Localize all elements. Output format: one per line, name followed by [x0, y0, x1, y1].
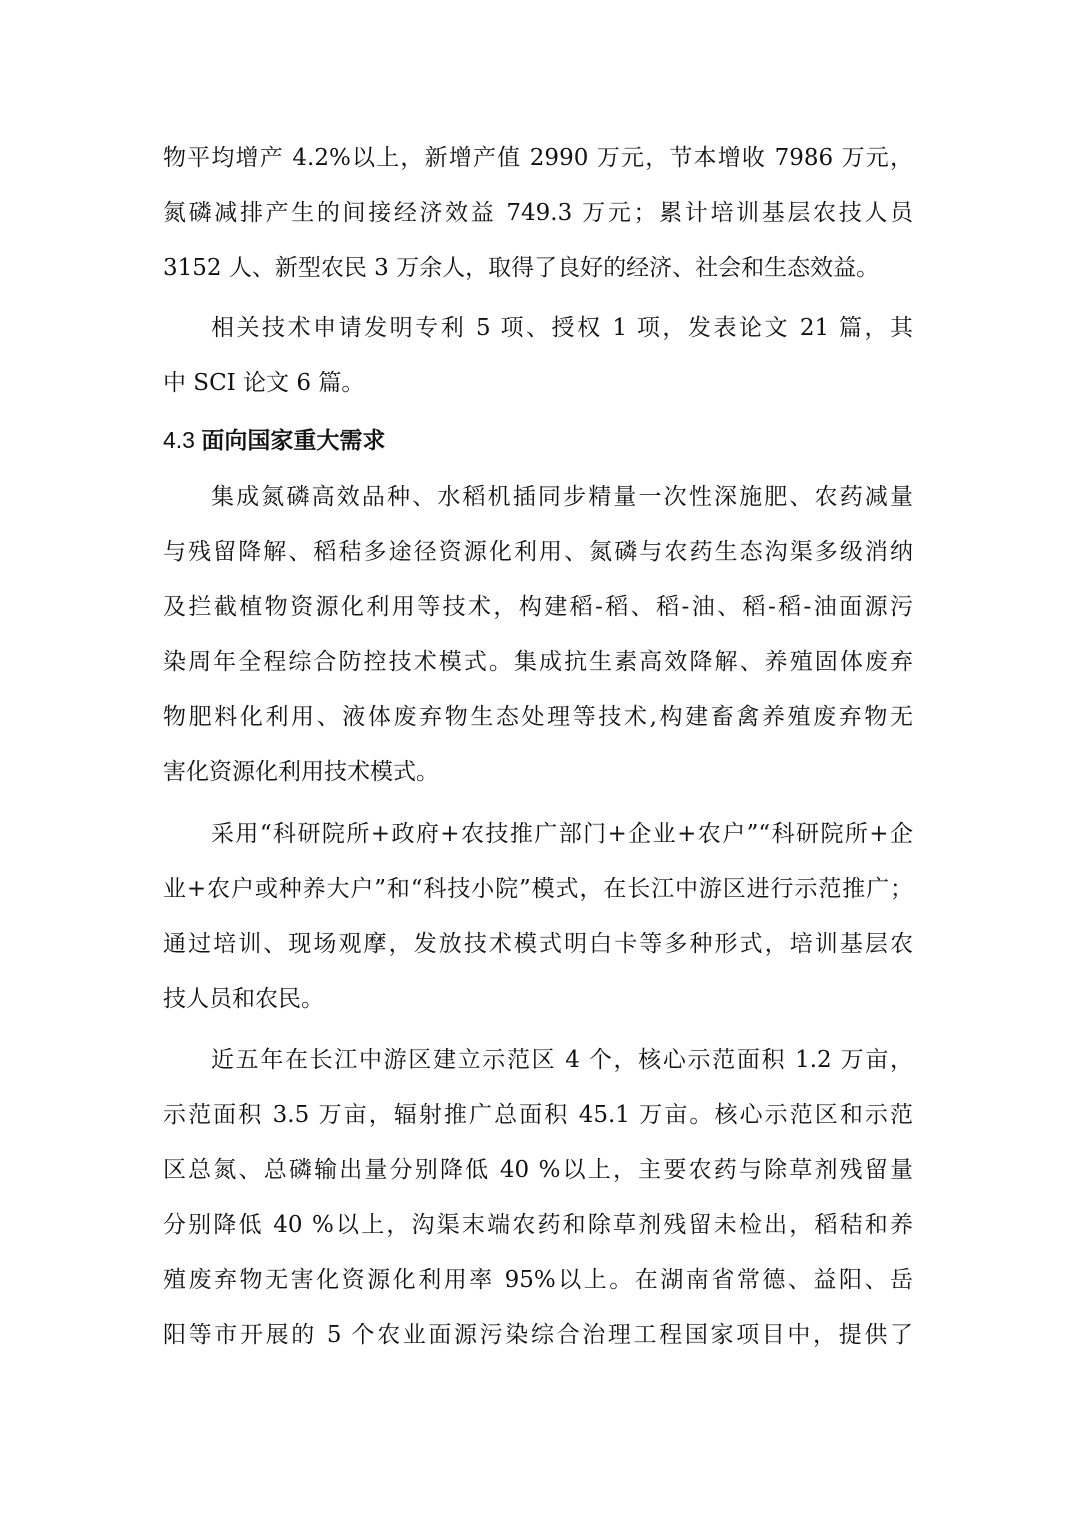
paragraph-line: 氮磷减排产生的间接经济效益 749.3 万元；累计培训基层农技人员	[163, 198, 913, 228]
paragraph-line: 害化资源化利用技术模式。	[163, 757, 913, 787]
paragraph-line: 相关技术申请发明专利 5 项、授权 1 项，发表论文 21 篇，其	[211, 313, 913, 343]
paragraph-line: 殖废弃物无害化资源化利用率 95%以上。在湖南省常德、益阳、岳	[163, 1265, 913, 1295]
paragraph-line: 及拦截植物资源化利用等技术，构建稻-稻、稻-油、稻-稻-油面源污	[163, 592, 913, 622]
paragraph-line: 阳等市开展的 5 个农业面源污染综合治理工程国家项目中，提供了	[163, 1320, 913, 1350]
paragraph-line: 技人员和农民。	[163, 984, 913, 1014]
paragraph-line: 示范面积 3.5 万亩，辐射推广总面积 45.1 万亩。核心示范区和示范	[163, 1100, 913, 1130]
document-page: 物平均增产 4.2%以上，新增产值 2990 万元，节本增收 7986 万元， …	[0, 0, 1074, 1520]
paragraph-line: 物平均增产 4.2%以上，新增产值 2990 万元，节本增收 7986 万元，	[163, 143, 913, 173]
paragraph-line: 分别降低 40 %以上，沟渠末端农药和除草剂残留未检出，稻秸和养	[163, 1210, 913, 1240]
paragraph-line: 与残留降解、稻秸多途径资源化利用、氮磷与农药生态沟渠多级消纳	[163, 537, 913, 567]
paragraph-line: 采用“科研院所+政府+农技推广部门+企业+农户”“科研院所+企	[211, 819, 913, 849]
section-heading: 4.3 面向国家重大需求	[163, 425, 385, 455]
paragraph-line: 业+农户或种养大户”和“科技小院”模式，在长江中游区进行示范推广；	[163, 874, 913, 904]
paragraph-line: 通过培训、现场观摩，发放技术模式明白卡等多种形式，培训基层农	[163, 929, 913, 959]
paragraph-line: 物肥料化利用、液体废弃物生态处理等技术,构建畜禽养殖废弃物无	[163, 702, 913, 732]
paragraph-line: 染周年全程综合防控技术模式。集成抗生素高效降解、养殖固体废弃	[163, 647, 913, 677]
section-title: 面向国家重大需求	[201, 427, 385, 453]
paragraph-line: 3152 人、新型农民 3 万余人，取得了良好的经济、社会和生态效益。	[163, 253, 913, 283]
section-number: 4.3	[163, 427, 195, 453]
paragraph-line: 近五年在长江中游区建立示范区 4 个，核心示范面积 1.2 万亩，	[211, 1045, 913, 1075]
paragraph-line: 中 SCI 论文 6 篇。	[163, 368, 913, 398]
paragraph-line: 区总氮、总磷输出量分别降低 40 %以上，主要农药与除草剂残留量	[163, 1155, 913, 1185]
paragraph-line: 集成氮磷高效品种、水稻机插同步精量一次性深施肥、农药减量	[211, 482, 913, 512]
